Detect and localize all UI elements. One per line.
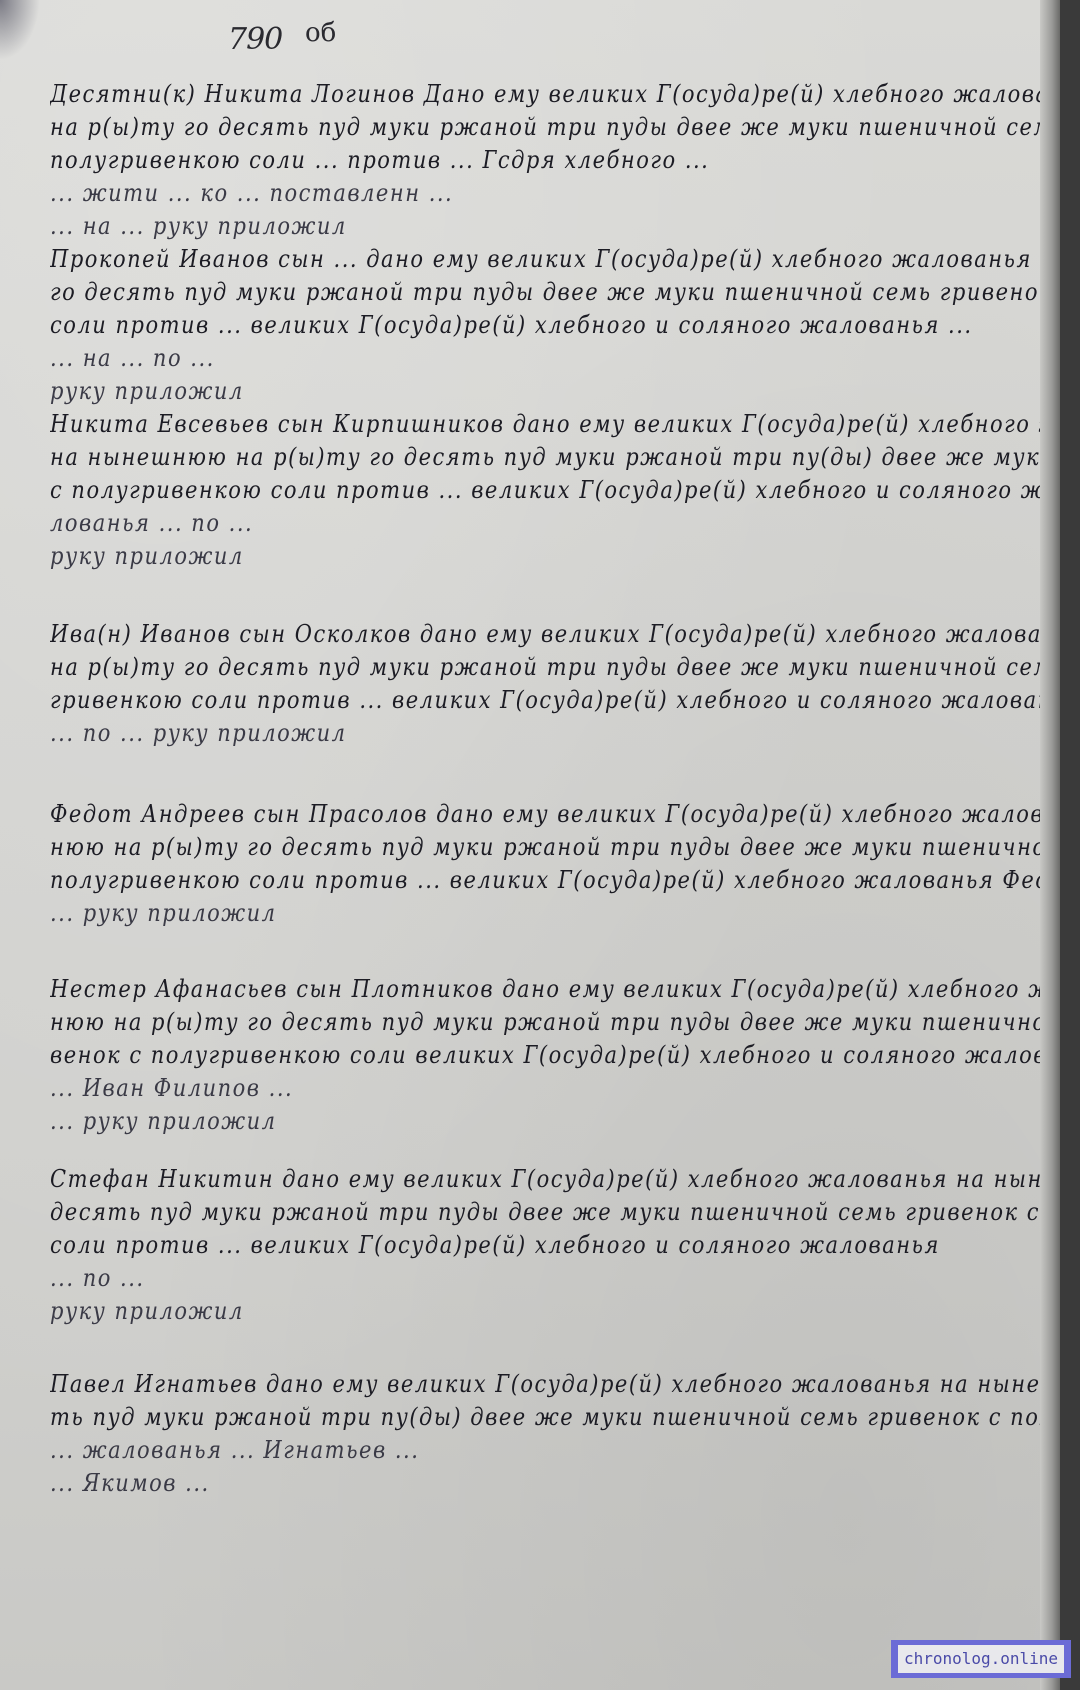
watermark-text: chronolog.online — [898, 1645, 1064, 1673]
manuscript-line: ... руку приложил — [50, 1103, 1040, 1141]
folio-mark: об — [305, 18, 336, 48]
manuscript-line: ... по ... руку приложил — [50, 715, 1040, 753]
manuscript-page: 790 об Десятни(к) Никита Логинов Дано ем… — [0, 0, 1060, 1690]
manuscript-line: руку приложил — [50, 1293, 1040, 1331]
entry-3: Никита Евсевьев сын Кирпишников дано ему… — [50, 408, 1040, 573]
entry-6: Нестер Афанасьев сын Плотников дано ему … — [50, 973, 1040, 1138]
entry-5: Федот Андреев сын Прасолов дано ему вели… — [50, 798, 1040, 930]
entry-2: Прокопей Иванов сын ... дано ему великих… — [50, 243, 1040, 408]
corner-stain — [0, 0, 40, 60]
entry-1: Десятни(к) Никита Логинов Дано ему велик… — [50, 78, 1040, 243]
manuscript-line: руку приложил — [50, 538, 1040, 576]
entry-7: Стефан Никитин дано ему великих Г(осуда)… — [50, 1163, 1040, 1328]
entry-8: Павел Игнатьев дано ему великих Г(осуда)… — [50, 1368, 1040, 1500]
watermark-badge: chronolog.online — [891, 1640, 1071, 1678]
entry-4: Ива(н) Иванов сын Осколков дано ему вели… — [50, 618, 1040, 750]
manuscript-line: ... Якимов ... — [50, 1465, 1040, 1503]
page-edge-shadow — [1040, 0, 1060, 1690]
folio-number: 790 — [228, 22, 282, 57]
manuscript-line: ... руку приложил — [50, 895, 1040, 933]
